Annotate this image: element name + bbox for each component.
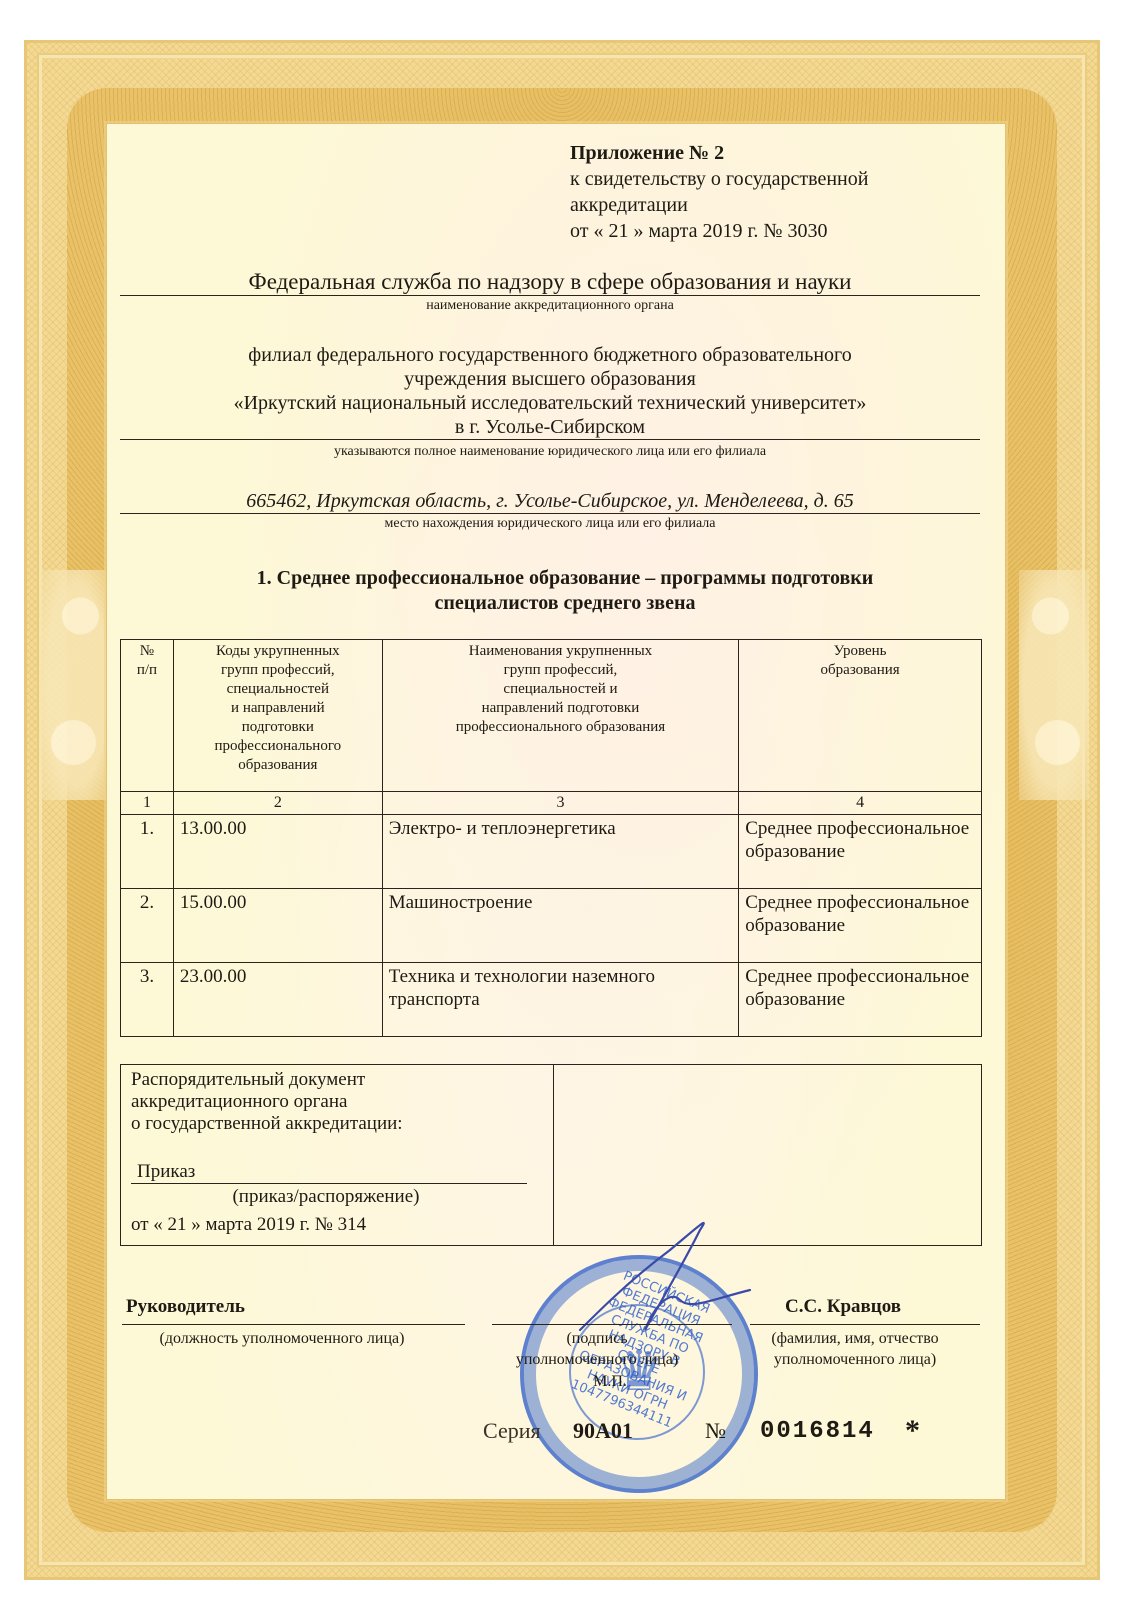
- name-line: [750, 1324, 980, 1325]
- row-name: Техника и технологии наземного транспорт…: [382, 963, 738, 1037]
- signatory-name: С.С. Кравцов: [785, 1296, 901, 1318]
- row-number: 2.: [121, 889, 174, 963]
- accrediting-body: Федеральная служба по надзору в сфере об…: [120, 268, 980, 315]
- accrediting-body-caption: наименование аккредитационного органа: [120, 297, 980, 315]
- organization-line: учреждения высшего образования: [120, 367, 980, 391]
- organization-caption: указываются полное наименование юридичес…: [120, 443, 980, 461]
- right-ornament-icon: [1019, 570, 1089, 800]
- table-row: 1.13.00.00Электро- и теплоэнергетикаСред…: [121, 815, 982, 889]
- row-name: Электро- и теплоэнергетика: [382, 815, 738, 889]
- appendix-line: аккредитации: [570, 192, 930, 218]
- location-block: 665462, Иркутская область, г. Усолье-Сиб…: [120, 489, 980, 533]
- appendix-header: Приложение № 2 к свидетельству о государ…: [570, 140, 930, 244]
- accrediting-body-name: Федеральная служба по надзору в сфере об…: [120, 268, 980, 296]
- appendix-date: от « 21 » марта 2019 г. № 3030: [570, 218, 930, 244]
- header-code: Коды укрупненных групп профессий, специа…: [173, 640, 382, 792]
- column-number: 1: [121, 792, 174, 815]
- section-title-line: 1. Среднее профессиональное образование …: [200, 566, 930, 591]
- organization-line: филиал федерального государственного бюд…: [120, 343, 980, 367]
- serial-number: 0016814: [760, 1418, 875, 1445]
- left-ornament-icon: [42, 570, 112, 800]
- asterisk-icon: *: [905, 1414, 920, 1448]
- row-level: Среднее профессиональное образование: [739, 889, 982, 963]
- section-title: 1. Среднее профессиональное образование …: [200, 566, 930, 616]
- header-level: Уровень образования: [739, 640, 982, 792]
- organization-line: «Иркутский национальный исследовательски…: [120, 391, 980, 415]
- role-line: [122, 1324, 465, 1325]
- column-number: 3: [382, 792, 738, 815]
- order-details: Распорядительный документ аккредитационн…: [121, 1065, 554, 1246]
- order-kind: Приказ: [131, 1161, 527, 1184]
- header-name: Наименования укрупненных групп профессий…: [382, 640, 738, 792]
- header-number: № п/п: [121, 640, 174, 792]
- organization-block: филиал федерального государственного бюд…: [120, 343, 980, 461]
- table-row: 3.23.00.00Техника и технологии наземного…: [121, 963, 982, 1037]
- row-name: Машиностроение: [382, 889, 738, 963]
- location-caption: место нахождения юридического лица или е…: [120, 515, 980, 533]
- signature-line: [492, 1324, 732, 1325]
- row-number: 1.: [121, 815, 174, 889]
- location-address: 665462, Иркутская область, г. Усолье-Сиб…: [120, 489, 980, 514]
- order-date: от « 21 » марта 2019 г. № 314: [131, 1214, 543, 1236]
- row-code: 15.00.00: [173, 889, 382, 963]
- column-number: 2: [173, 792, 382, 815]
- seal-mark: М.П.: [570, 1371, 650, 1392]
- table-row: 2.15.00.00МашиностроениеСреднее професси…: [121, 889, 982, 963]
- organization-line: в г. Усолье-Сибирском: [120, 415, 980, 440]
- row-code: 13.00.00: [173, 815, 382, 889]
- series-label: Серия: [483, 1418, 541, 1444]
- row-number: 3.: [121, 963, 174, 1037]
- order-document-box: Распорядительный документ аккредитационн…: [120, 1064, 982, 1246]
- row-level: Среднее профессиональное образование: [739, 815, 982, 889]
- column-number-row: 1 2 3 4: [121, 792, 982, 815]
- signature-caption: (подпись уполномоченного лица): [492, 1328, 702, 1370]
- signatory-role: Руководитель: [126, 1296, 245, 1318]
- row-level: Среднее профессиональное образование: [739, 963, 982, 1037]
- table-header-row: № п/п Коды укрупненных групп профессий, …: [121, 640, 982, 792]
- name-caption: (фамилия, имя, отчество уполномоченного …: [750, 1328, 960, 1370]
- series-value: 90А01: [573, 1418, 633, 1444]
- row-code: 23.00.00: [173, 963, 382, 1037]
- appendix-title: Приложение № 2: [570, 140, 930, 166]
- column-number: 4: [739, 792, 982, 815]
- order-kind-caption: (приказ/распоряжение): [131, 1186, 521, 1208]
- role-caption: (должность уполномоченного лица): [122, 1328, 442, 1349]
- section-title-line: специалистов среднего звена: [200, 591, 930, 616]
- number-sign: №: [705, 1418, 726, 1444]
- appendix-line: к свидетельству о государственной: [570, 166, 930, 192]
- accreditation-table: № п/п Коды укрупненных групп профессий, …: [120, 639, 982, 1037]
- order-intro: Распорядительный документ аккредитационн…: [131, 1069, 543, 1135]
